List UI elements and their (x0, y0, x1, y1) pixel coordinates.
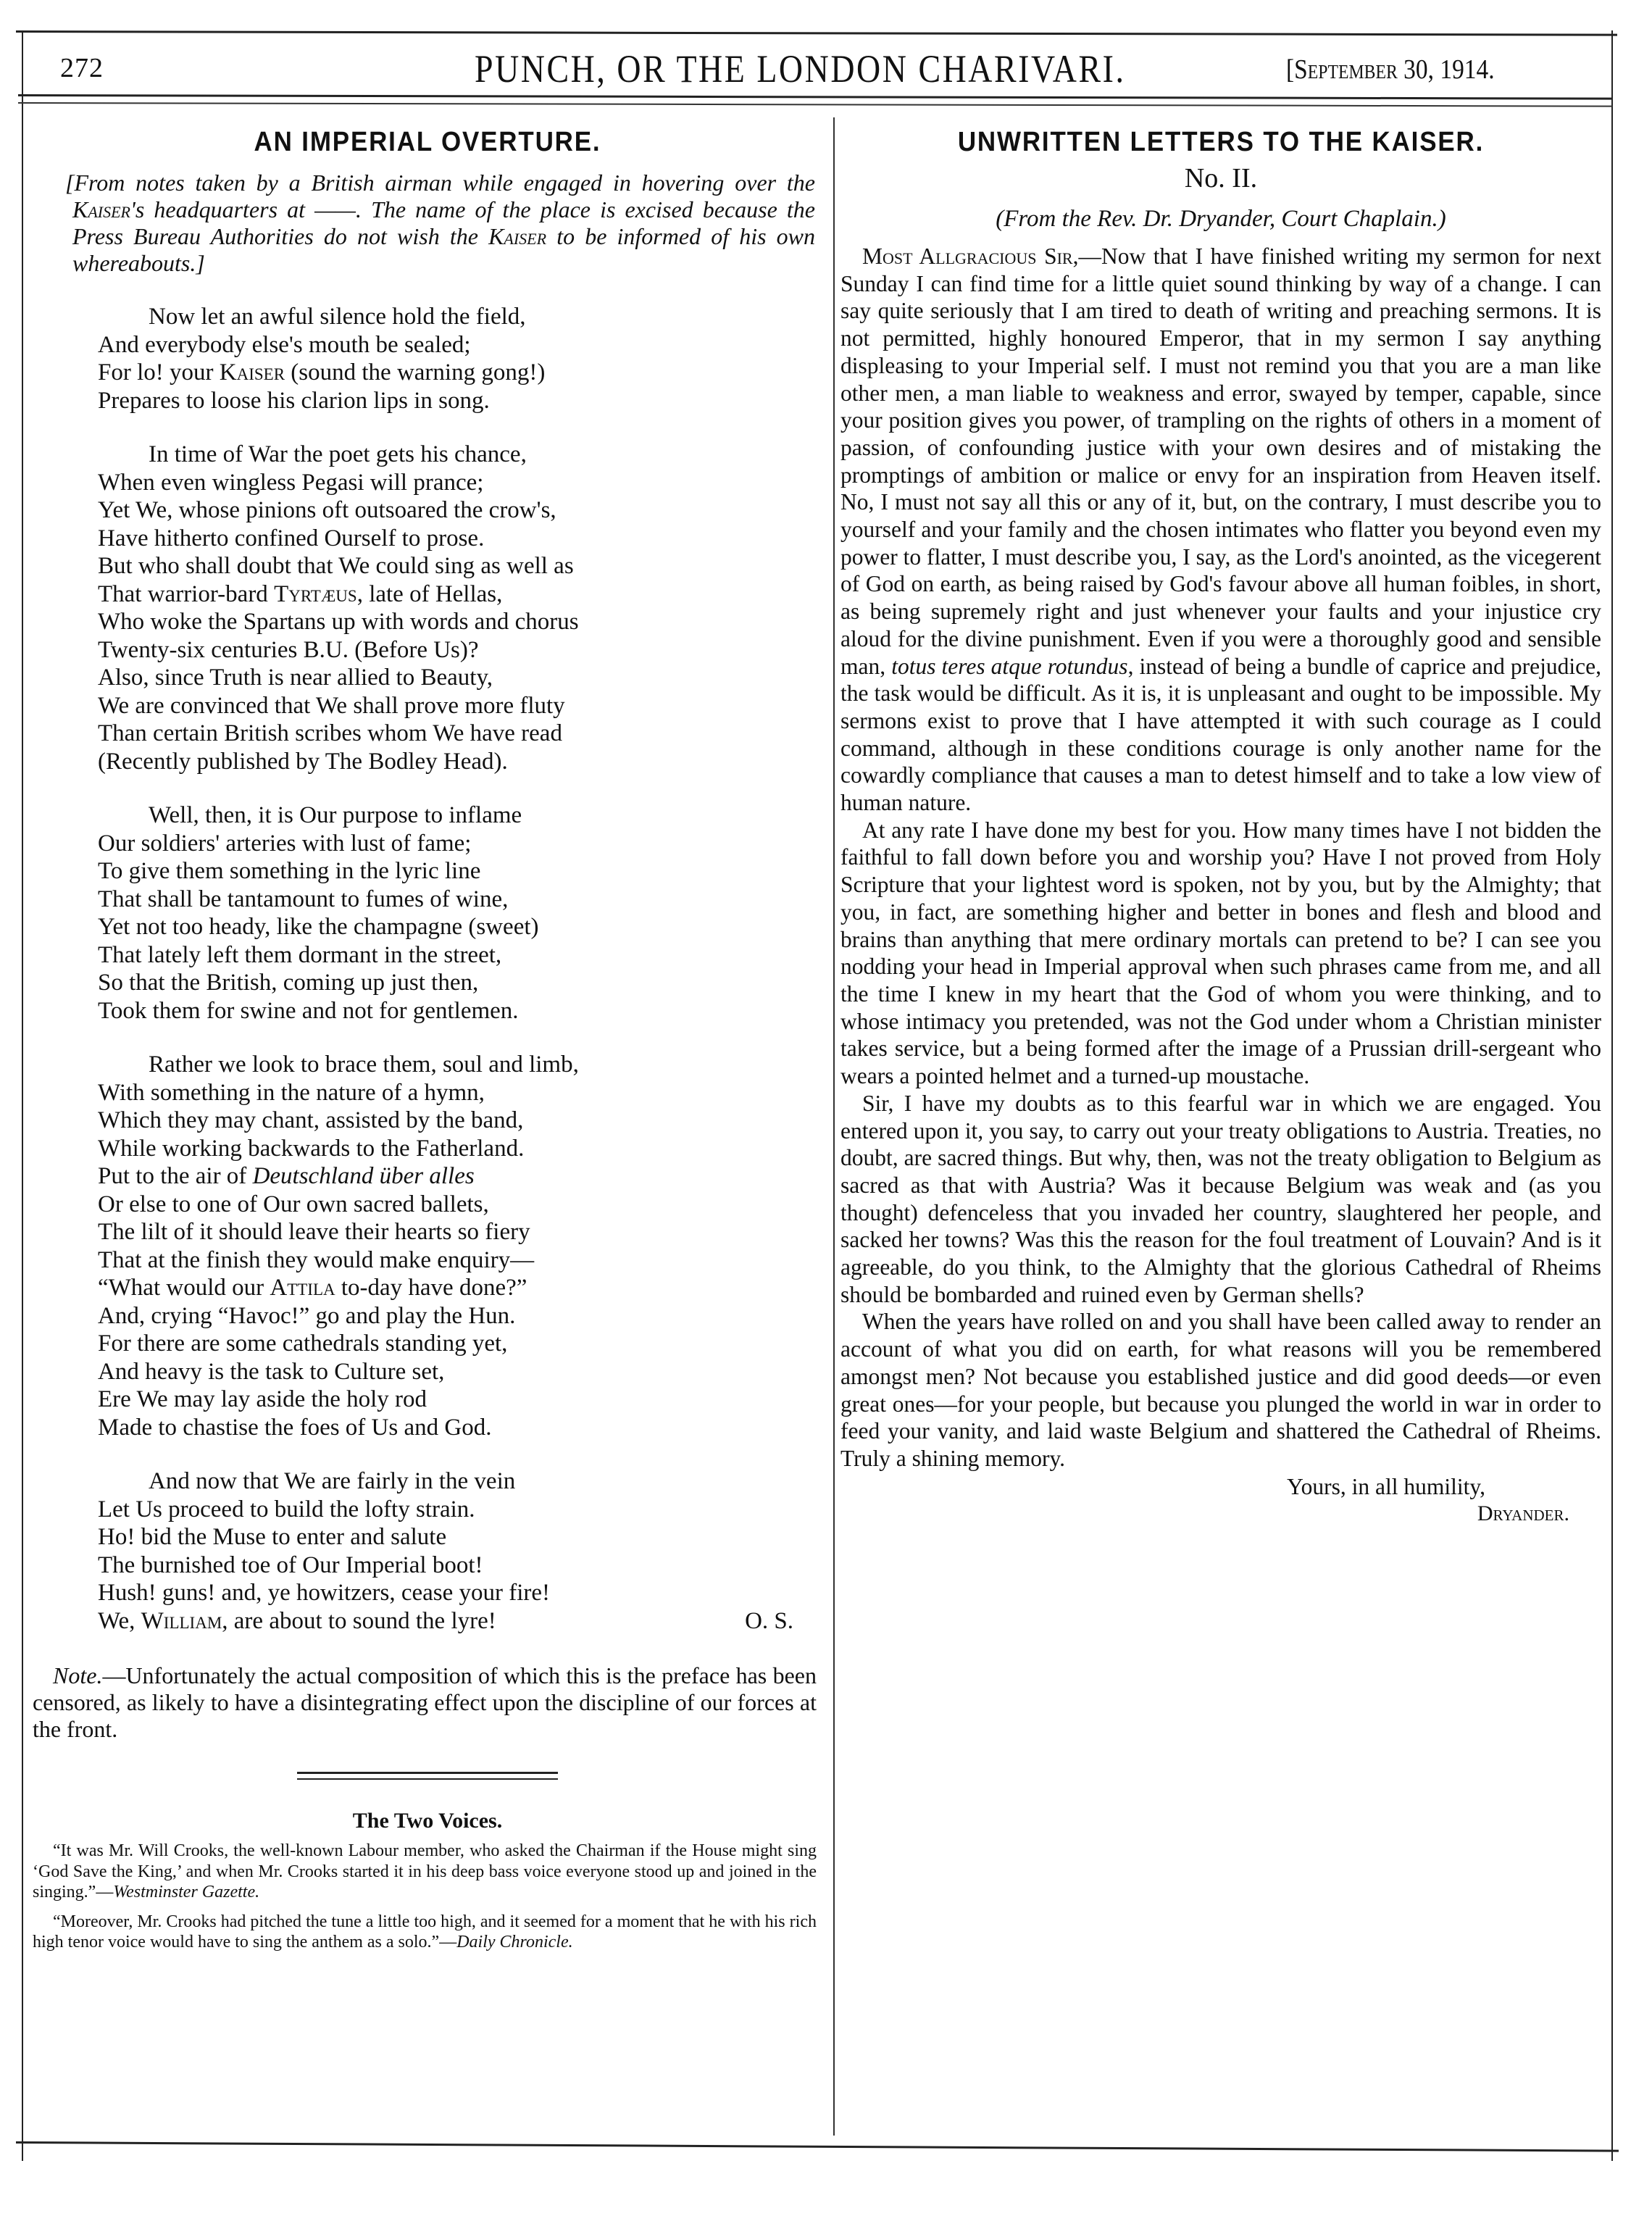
poem-line: Ere We may lay aside the holy rod (98, 1386, 822, 1414)
poem-line: That shall be tantamount to fumes of win… (98, 886, 822, 914)
page-number: 272 (60, 52, 104, 84)
right-column: UNWRITTEN LETTERS TO THE KAISER. No. II.… (840, 127, 1601, 1526)
poem-line: So that the British, coming up just then… (98, 969, 822, 997)
letter-paragraph: Most Allgracious Sir,—Now that I have fi… (840, 243, 1601, 817)
poem-line: Now let an awful silence hold the field, (98, 303, 822, 331)
poem-body: Now let an awful silence hold the field,… (33, 303, 822, 1635)
poem-line: Than certain British scribes whom We hav… (98, 720, 822, 748)
author-initials: O. S. (745, 1607, 793, 1636)
poem-line: Who woke the Spartans up with words and … (98, 608, 822, 636)
poem-line: The lilt of it should leave their hearts… (98, 1218, 822, 1246)
poem-line: Have hitherto confined Ourself to prose. (98, 525, 822, 553)
poem-line: Our soldiers' arteries with lust of fame… (98, 830, 822, 858)
poem-line: For there are some cathedrals standing y… (98, 1330, 822, 1358)
poem-line: Made to chastise the foes of Us and God. (98, 1414, 822, 1442)
poem-line: The burnished toe of Our Imperial boot! (98, 1551, 822, 1580)
poem-line: And, crying “Havoc!” go and play the Hun… (98, 1302, 822, 1330)
column-divider (833, 117, 835, 2136)
poem-stanza: In time of War the poet gets his chance,… (98, 441, 822, 775)
article-title-imperial-overture: AN IMPERIAL OVERTURE. (64, 127, 791, 158)
intro-kaiser: Kaiser (488, 223, 546, 249)
quote-text: “Moreover, Mr. Crooks had pitched the tu… (33, 1912, 817, 1952)
poem-line: Prepares to loose his clarion lips in so… (98, 387, 822, 415)
poem-line: When even wingless Pegasi will prance; (98, 469, 822, 497)
poem-line: To give them something in the lyric line (98, 857, 822, 886)
poem-line: Let Us proceed to build the lofty strain… (98, 1496, 822, 1524)
poem-line: Took them for swine and not for gentleme… (98, 997, 822, 1025)
poem-stanza: Now let an awful silence hold the field,… (98, 303, 822, 415)
poem-line: (Recently published by The Bodley Head). (98, 748, 822, 776)
letter-paragraph: At any rate I have done my best for you.… (840, 817, 1601, 1090)
poem-line: But who shall doubt that We could sing a… (98, 552, 822, 580)
letter-paragraph: When the years have rolled on and you sh… (840, 1308, 1601, 1472)
poem-line: That at the finish they would make enqui… (98, 1246, 822, 1275)
poem-line: Yet We, whose pinions oft outsoared the … (98, 496, 822, 525)
poem-introduction: [From notes taken by a British airman wh… (72, 170, 815, 277)
letter-number: No. II. (840, 162, 1601, 194)
poem-line: While working backwards to the Fatherlan… (98, 1135, 822, 1163)
poem-line: That warrior-bard Tyrtæus, late of Hella… (98, 580, 822, 609)
editorial-note: Note.—Unfortunately the actual compositi… (33, 1662, 817, 1743)
latin-phrase: totus teres atque rotundus (891, 654, 1127, 679)
poem-line: In time of War the poet gets his chance, (98, 441, 822, 469)
poem-stanza: And now that We are fairly in the veinLe… (98, 1467, 822, 1635)
poem-line: And heavy is the task to Culture set, (98, 1358, 822, 1386)
quote-source: Daily Chronicle. (456, 1933, 572, 1951)
poem-line: Put to the air of Deutschland über alles (98, 1162, 822, 1191)
page-header: 272 PUNCH, OR THE LONDON CHARIVARI. [Sep… (40, 43, 1605, 94)
poem-line: “What would our Attila to-day have done?… (98, 1274, 822, 1302)
poem-line: Yet not too heady, like the champagne (s… (98, 913, 822, 941)
letter-byline: (From the Rev. Dr. Dryander, Court Chapl… (840, 206, 1601, 233)
left-column: AN IMPERIAL OVERTURE. [From notes taken … (33, 127, 822, 1953)
letter-signature: Dryander. (840, 1501, 1569, 1526)
article-title-unwritten-letters: UNWRITTEN LETTERS TO THE KAISER. (871, 127, 1571, 158)
poem-line: Twenty-six centuries B.U. (Before Us)? (98, 636, 822, 665)
poem-line: Well, then, it is Our purpose to inflame (98, 801, 822, 830)
poem-line: Or else to one of Our own sacred ballets… (98, 1191, 822, 1219)
letter-closing: Yours, in all humility, (840, 1472, 1485, 1501)
note-text: —Unfortunately the actual composition of… (33, 1662, 817, 1742)
poem-line: Rather we look to brace them, soul and l… (98, 1051, 822, 1079)
poem-line: Ho! bid the Muse to enter and salute (98, 1523, 822, 1551)
quote-westminster: “It was Mr. Will Crooks, the well-known … (33, 1841, 817, 1903)
section-divider (297, 1772, 558, 1780)
poem-line: That lately left them dormant in the str… (98, 941, 822, 970)
paragraph-text: —Now that I have finished writing my ser… (840, 243, 1601, 679)
issue-date: [September 30, 1914. (1286, 54, 1495, 86)
intro-text: [From notes taken by a British airman wh… (65, 170, 815, 196)
masthead: PUNCH, OR THE LONDON CHARIVARI. (475, 46, 1126, 91)
letter-paragraph: Sir, I have my doubts as to this fearful… (840, 1090, 1601, 1309)
salutation: Most Allgracious Sir, (862, 243, 1078, 269)
poem-line: We are convinced that We shall prove mor… (98, 692, 822, 720)
quote-source: Westminster Gazette. (113, 1883, 259, 1901)
intro-kaiser: Kaiser (72, 196, 130, 222)
article-title-two-voices: The Two Voices. (33, 1809, 822, 1833)
poem-stanza: Well, then, it is Our purpose to inflame… (98, 801, 822, 1025)
quote-chronicle: “Moreover, Mr. Crooks had pitched the tu… (33, 1912, 817, 1953)
poem-line: We, William, are about to sound the lyre… (98, 1607, 822, 1636)
poem-line: And everybody else's mouth be sealed; (98, 331, 822, 359)
poem-line: Also, since Truth is near allied to Beau… (98, 664, 822, 692)
poem-stanza: Rather we look to brace them, soul and l… (98, 1051, 822, 1441)
poem-line: Which they may chant, assisted by the ba… (98, 1107, 822, 1135)
poem-line: And now that We are fairly in the vein (98, 1467, 822, 1496)
poem-line: With something in the nature of a hymn, (98, 1079, 822, 1107)
poem-line: Hush! guns! and, ye howitzers, cease you… (98, 1579, 822, 1607)
poem-line: For lo! your Kaiser (sound the warning g… (98, 359, 822, 387)
note-label: Note. (53, 1662, 102, 1688)
